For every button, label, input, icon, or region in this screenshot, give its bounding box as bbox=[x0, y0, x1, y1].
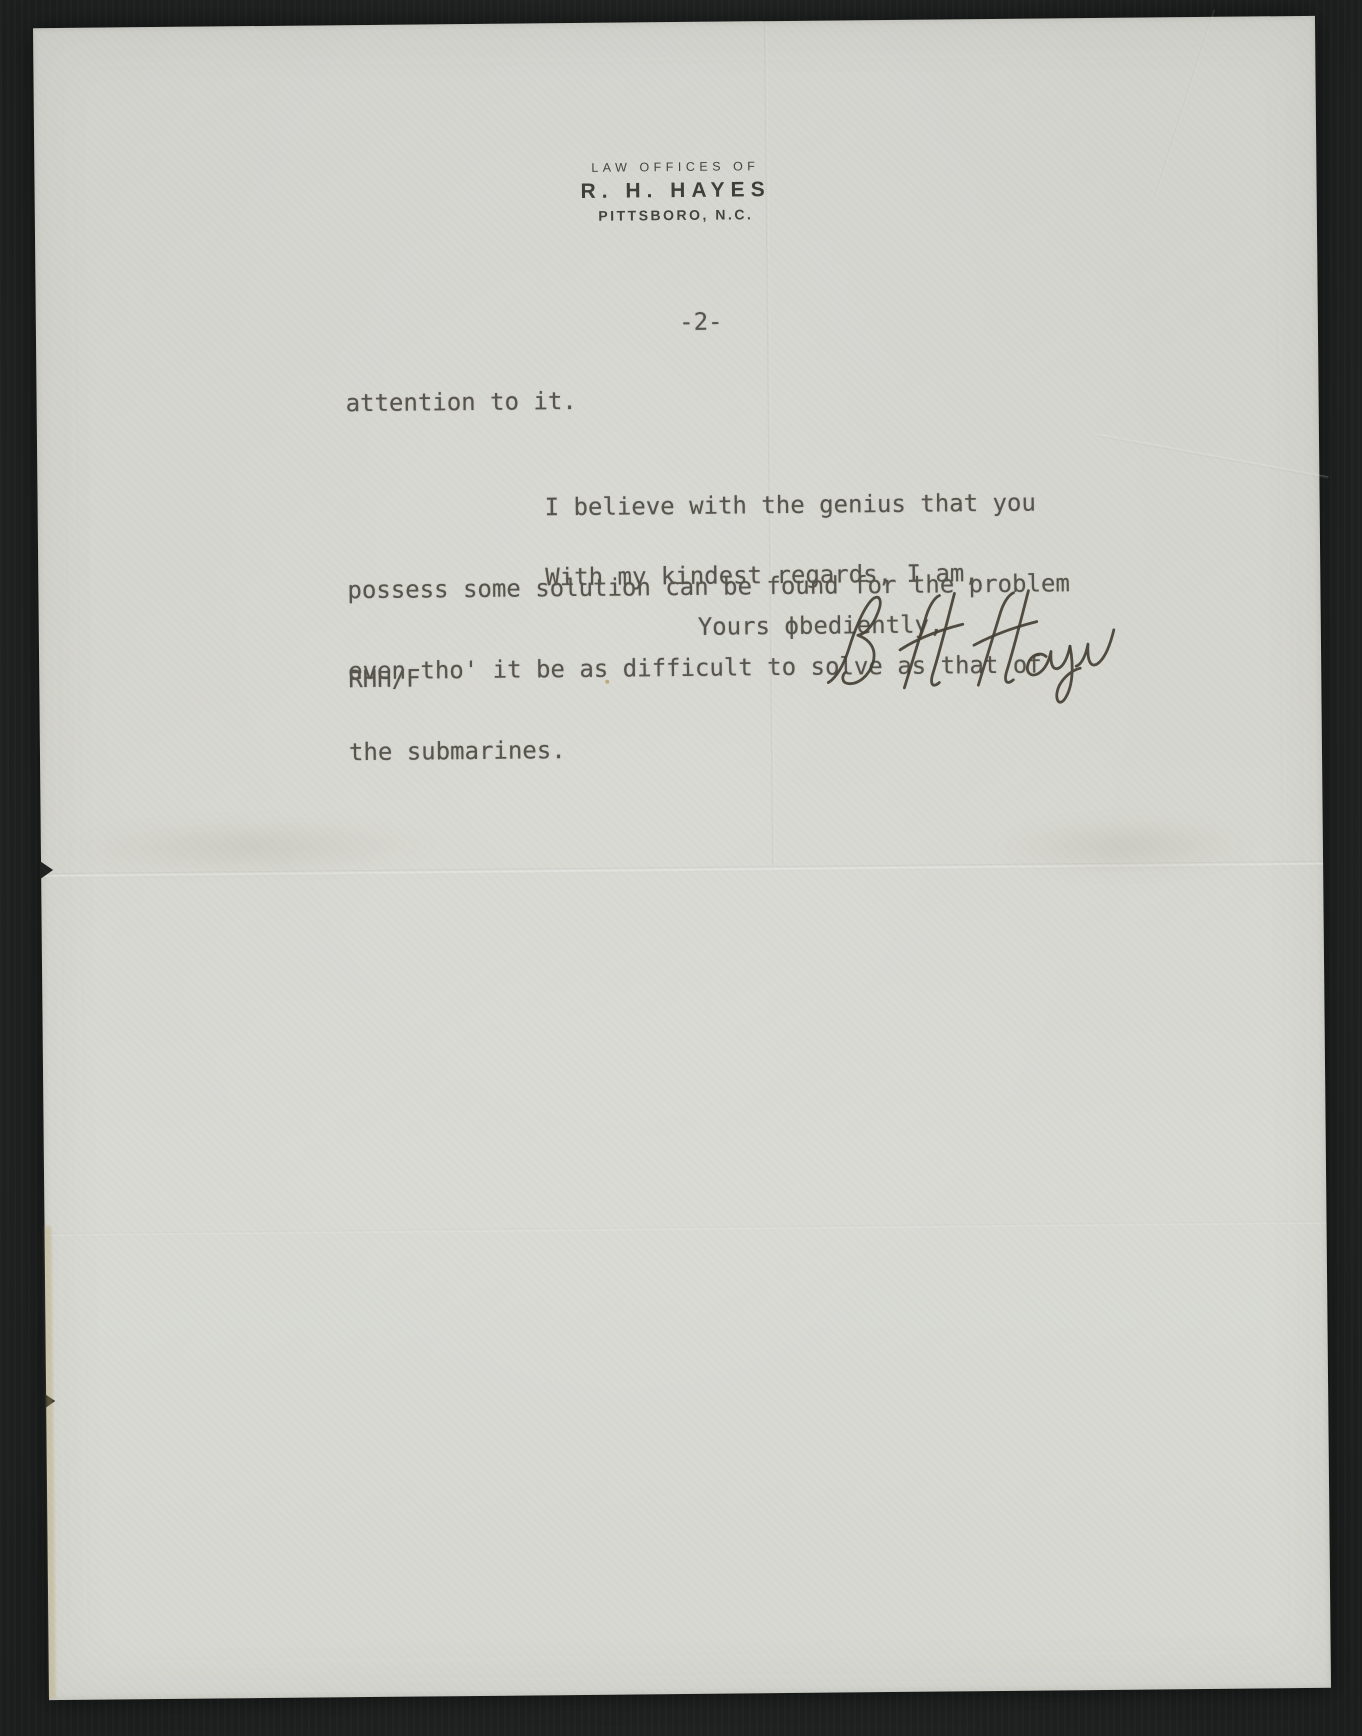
letter-page: LAW OFFICES OF R. H. HAYES PITTSBORO, N.… bbox=[33, 16, 1331, 1700]
left-edge-yellow-tint bbox=[45, 1226, 57, 1698]
paper-speck bbox=[605, 680, 609, 684]
page-number: -2- bbox=[36, 303, 1318, 342]
horizontal-fold-crease-lower bbox=[45, 1221, 1327, 1237]
bleedthrough-smudge-left bbox=[61, 816, 442, 878]
typist-initials: RHH/F bbox=[348, 666, 421, 694]
right-edge-crease bbox=[1097, 434, 1329, 480]
left-edge-notch bbox=[40, 861, 53, 879]
paragraph-line: the submarines. bbox=[349, 732, 1072, 766]
paragraph-line: I believe with the genius that you bbox=[347, 489, 1070, 523]
letterhead: LAW OFFICES OF R. H. HAYES PITTSBORO, N.… bbox=[34, 154, 1317, 229]
scan-background: LAW OFFICES OF R. H. HAYES PITTSBORO, N.… bbox=[0, 0, 1362, 1736]
bleedthrough-smudge-right bbox=[991, 814, 1257, 879]
body-opening-line: attention to it. bbox=[345, 388, 576, 417]
signature-handwriting bbox=[817, 580, 1118, 723]
